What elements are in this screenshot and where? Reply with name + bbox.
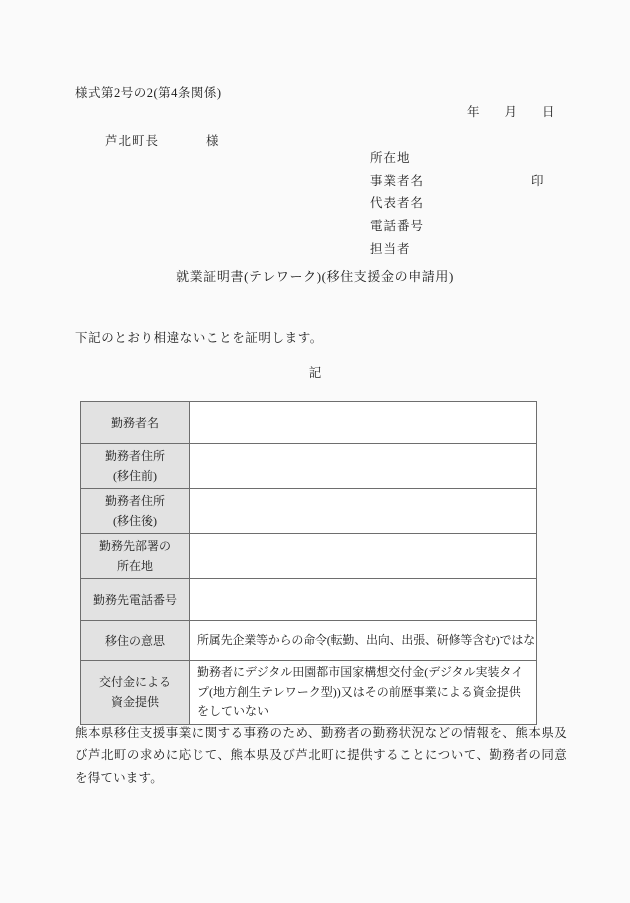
row-label-cell: 勤務者住所 (移住後)	[81, 489, 190, 534]
issuer-location-label: 所在地	[370, 147, 424, 170]
table-row: 勤務先部署の 所在地	[81, 534, 537, 579]
date-line: 年 月 日	[467, 102, 555, 120]
row-value-cell	[190, 489, 537, 534]
table-row: 移住の意思 所属先企業等からの命令(転勤、出向、出張、研修等含む)ではない	[81, 621, 537, 661]
month-label: 月	[505, 102, 518, 120]
document-title: 就業証明書(テレワーク)(移住支援金の申請用)	[0, 266, 630, 285]
row-value-cell	[190, 402, 537, 444]
table-row: 交付金による 資金提供 勤務者にデジタル田園都市国家構想交付金(デジタル実装タイ…	[81, 661, 537, 725]
row-label-cell: 勤務先電話番号	[81, 579, 190, 621]
year-label: 年	[467, 102, 480, 120]
row-value-cell	[190, 579, 537, 621]
document-page: { "page": { "form_number": "様式第2号の2(第4条関…	[0, 0, 630, 903]
table-row: 勤務者住所 (移住後)	[81, 489, 537, 534]
row-label-cell: 交付金による 資金提供	[81, 661, 190, 725]
certification-statement: 下記のとおり相違ないことを証明します。	[75, 328, 323, 346]
row-label-cell: 勤務者住所 (移住前)	[81, 444, 190, 489]
addressee-name: 芦北町長	[105, 131, 159, 149]
row-value-cell	[190, 534, 537, 579]
issuer-business-name-label: 事業者名	[370, 170, 424, 193]
issuer-representative-label: 代表者名	[370, 192, 424, 215]
certification-table: 勤務者名 勤務者住所 (移住前) 勤務者住所 (移住後) 勤務先部署の 所在地 …	[80, 401, 537, 725]
issuer-block: 所在地 事業者名 代表者名 電話番号 担当者	[370, 147, 424, 261]
row-value-cell	[190, 444, 537, 489]
addressee-line: 芦北町長 様	[105, 131, 220, 149]
seal-mark: 印	[531, 171, 544, 189]
consent-paragraph: 熊本県移住支援事業に関する事務のため、勤務者の勤務状況などの情報を、熊本県及び芦…	[75, 722, 567, 789]
table-row: 勤務先電話番号	[81, 579, 537, 621]
issuer-phone-label: 電話番号	[370, 215, 424, 238]
table-row: 勤務者名	[81, 402, 537, 444]
ki-marker: 記	[0, 363, 630, 381]
table-row: 勤務者住所 (移住前)	[81, 444, 537, 489]
row-value-cell: 勤務者にデジタル田園都市国家構想交付金(デジタル実装タイプ(地方創生テレワーク型…	[190, 661, 537, 725]
issuer-contact-person-label: 担当者	[370, 238, 424, 261]
day-label: 日	[542, 102, 555, 120]
row-label-cell: 移住の意思	[81, 621, 190, 661]
row-label-cell: 勤務者名	[81, 402, 190, 444]
form-number: 様式第2号の2(第4条関係)	[75, 83, 222, 101]
row-label-cell: 勤務先部署の 所在地	[81, 534, 190, 579]
addressee-honorific: 様	[206, 131, 220, 149]
row-value-cell: 所属先企業等からの命令(転勤、出向、出張、研修等含む)ではない	[190, 621, 537, 661]
